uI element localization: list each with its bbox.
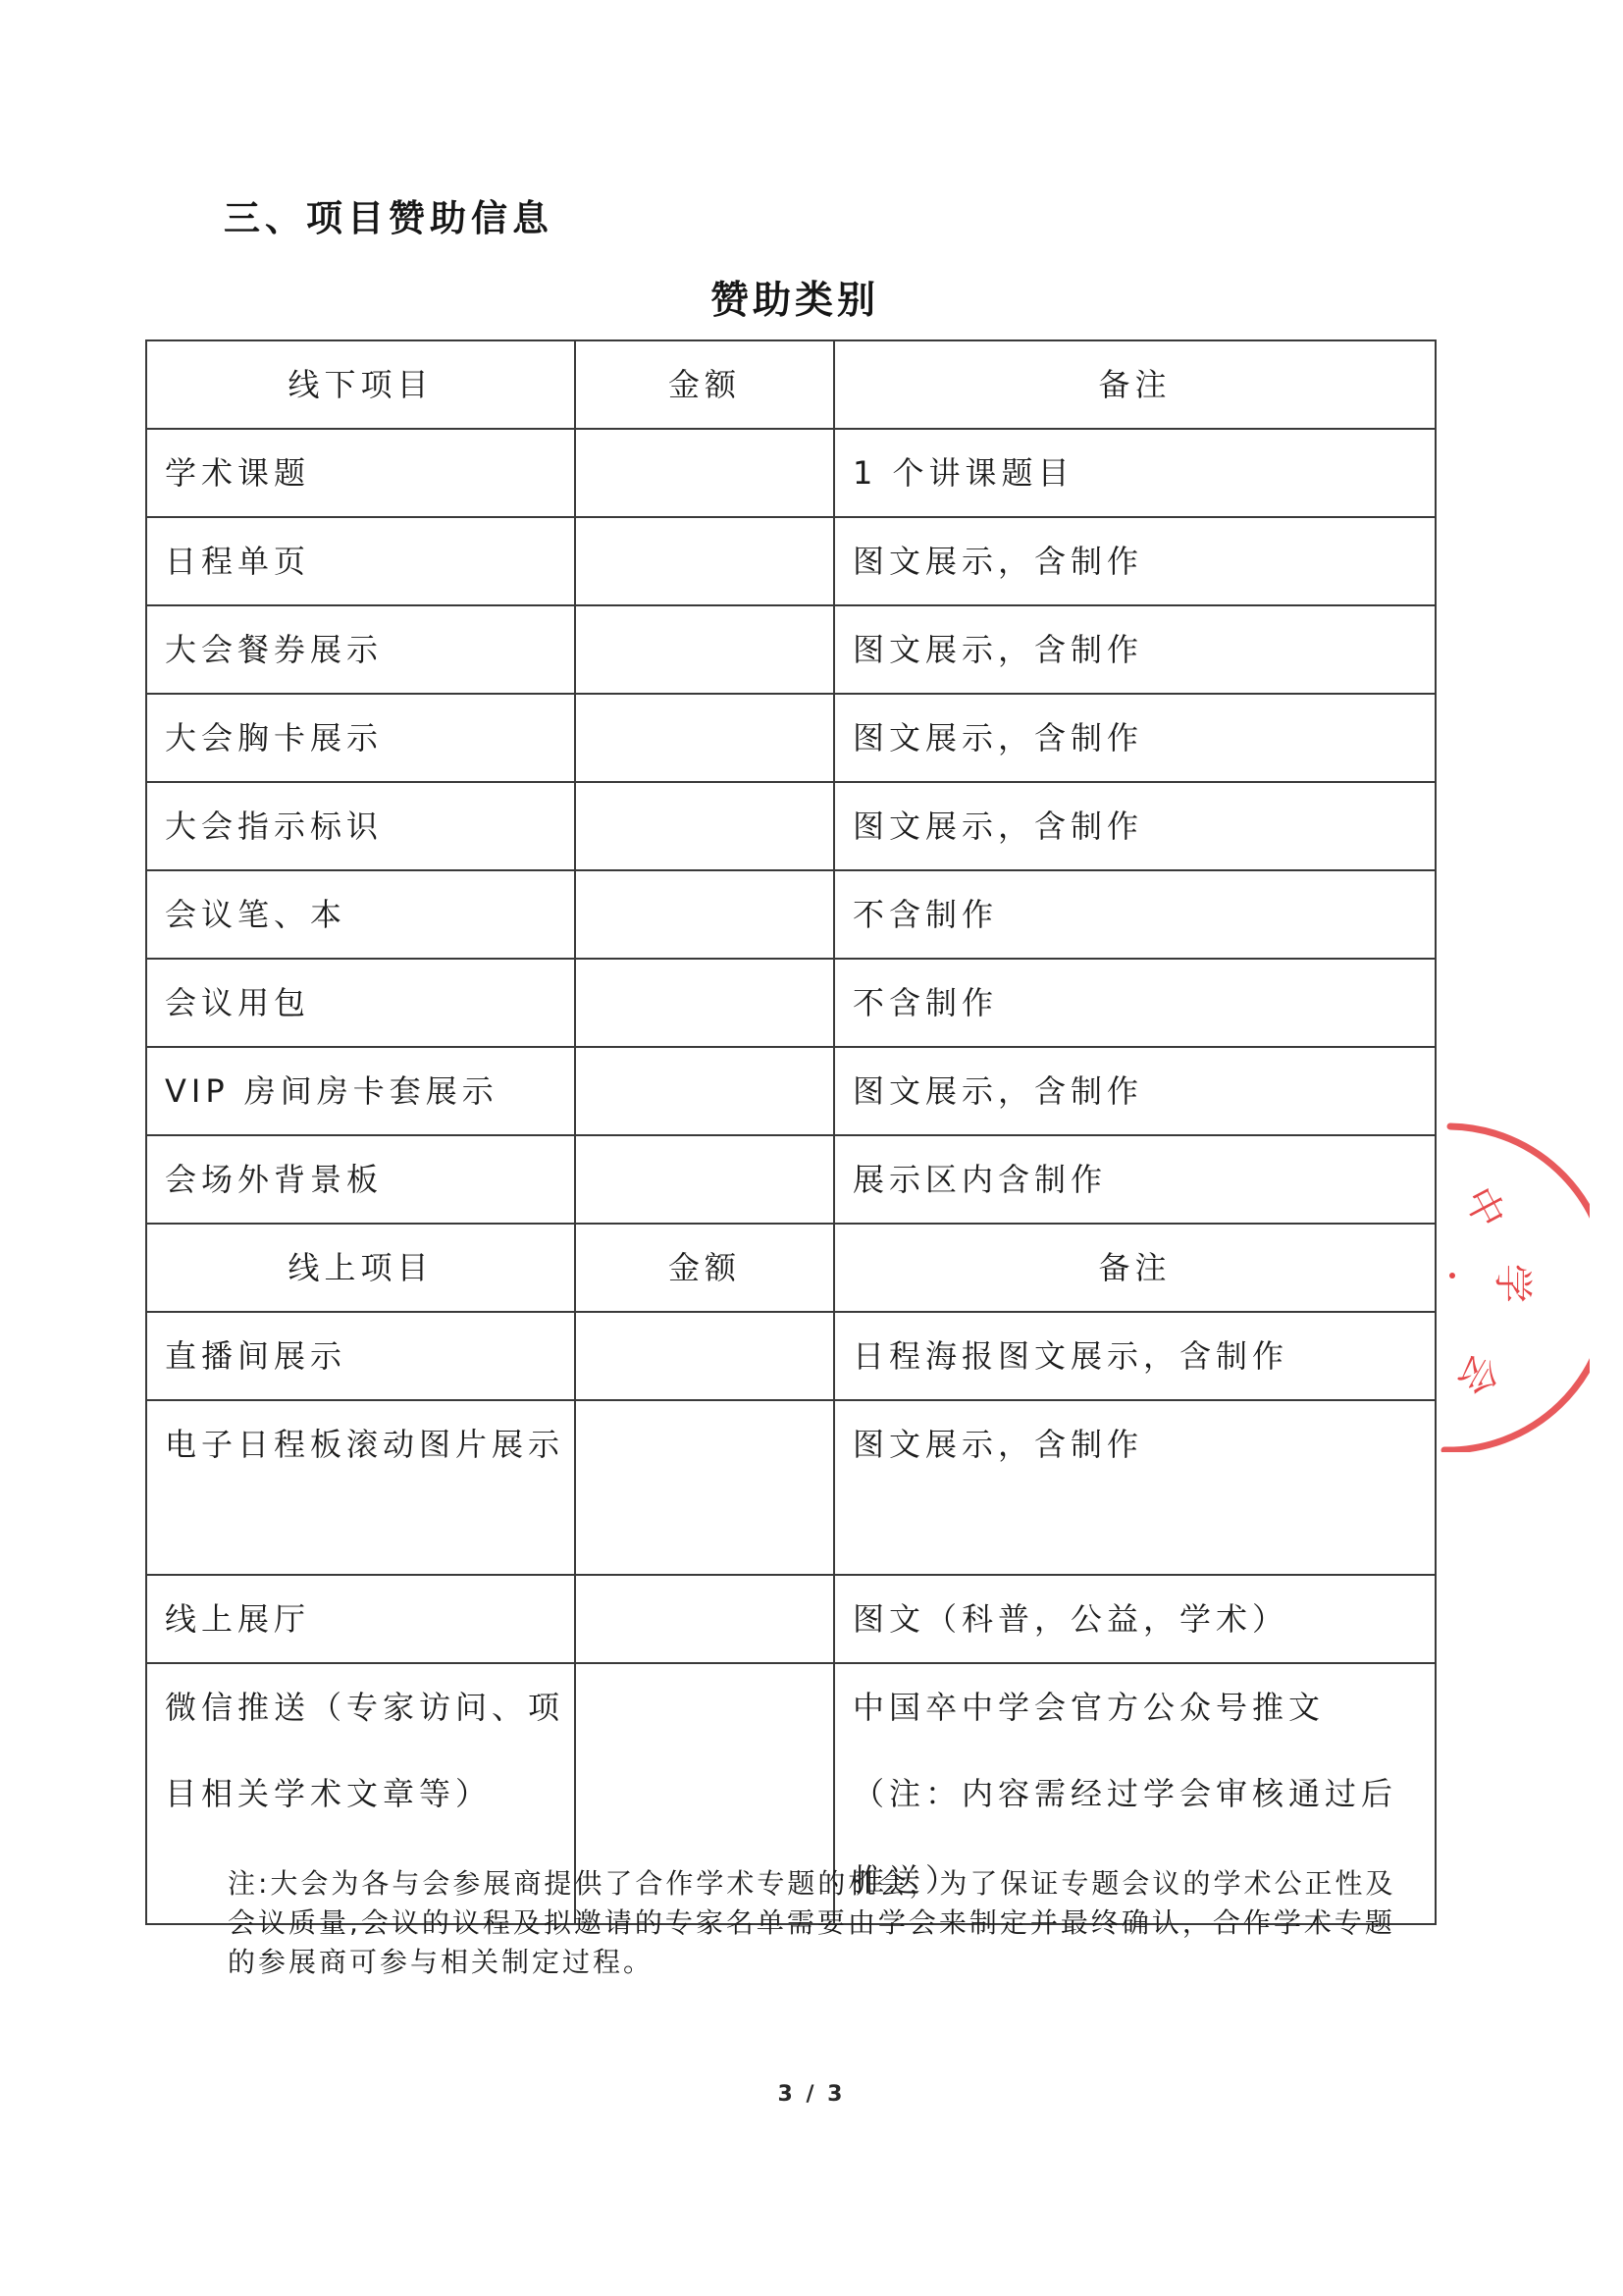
amount-cell xyxy=(575,605,834,694)
amount-cell xyxy=(575,694,834,782)
table-row: 学术课题 1 个讲课题目 xyxy=(146,429,1436,517)
item-cell: 线上展厅 xyxy=(146,1575,575,1663)
amount-cell xyxy=(575,959,834,1047)
item-cell: 会场外背景板 xyxy=(146,1135,575,1224)
remark-cell: 图文（科普，公益，学术） xyxy=(834,1575,1436,1663)
item-cell: VIP 房间房卡套展示 xyxy=(146,1047,575,1135)
online-item-header: 线上项目 xyxy=(146,1224,575,1312)
table-row: 大会指示标识 图文展示，含制作 xyxy=(146,782,1436,870)
item-cell: 会议用包 xyxy=(146,959,575,1047)
table-row: 线上展厅 图文（科普，公益，学术） xyxy=(146,1575,1436,1663)
remark-cell: 不含制作 xyxy=(834,870,1436,959)
item-cell: 大会胸卡展示 xyxy=(146,694,575,782)
page-number: 3 / 3 xyxy=(0,2082,1623,2107)
offline-header-row: 线下项目 金额 备注 xyxy=(146,340,1436,429)
offline-amount-header: 金额 xyxy=(575,340,834,429)
item-cell: 电子日程板滚动图片展示 xyxy=(146,1400,575,1575)
amount-cell xyxy=(575,1400,834,1575)
table-row: 会议用包 不含制作 xyxy=(146,959,1436,1047)
table-row: 大会胸卡展示 图文展示，含制作 xyxy=(146,694,1436,782)
item-cell: 会议笔、本 xyxy=(146,870,575,959)
amount-cell xyxy=(575,1575,834,1663)
amount-cell xyxy=(575,1047,834,1135)
online-remark-header: 备注 xyxy=(834,1224,1436,1312)
table-row: 会场外背景板 展示区内含制作 xyxy=(146,1135,1436,1224)
remark-cell: 图文展示，含制作 xyxy=(834,694,1436,782)
table-row: 会议笔、本 不含制作 xyxy=(146,870,1436,959)
amount-cell xyxy=(575,429,834,517)
remark-cell: 图文展示，含制作 xyxy=(834,517,1436,605)
amount-cell xyxy=(575,870,834,959)
online-header-row: 线上项目 金额 备注 xyxy=(146,1224,1436,1312)
remark-cell: 图文展示，含制作 xyxy=(834,605,1436,694)
amount-cell xyxy=(575,1135,834,1224)
remark-cell: 不含制作 xyxy=(834,959,1436,1047)
amount-cell xyxy=(575,782,834,870)
table-row: 日程单页 图文展示，含制作 xyxy=(146,517,1436,605)
stamp-char-zhong: 中 xyxy=(1455,1180,1513,1236)
remark-cell: 图文展示，含制作 xyxy=(834,1400,1436,1575)
table-title: 赞助类别 xyxy=(0,278,1590,325)
remark-cell: 1 个讲课题目 xyxy=(834,429,1436,517)
footnote: 注:大会为各与会参展商提供了合作学术专题的机会，为了保证专题会议的学术公正性及会… xyxy=(228,1864,1405,1982)
section-heading: 三、项目赞助信息 xyxy=(224,196,553,241)
sponsorship-table: 线下项目 金额 备注 学术课题 1 个讲课题目 日程单页 图文展示，含制作 大会… xyxy=(145,339,1437,1925)
table-row: 大会餐券展示 图文展示，含制作 xyxy=(146,605,1436,694)
offline-remark-header: 备注 xyxy=(834,340,1436,429)
remark-cell: 展示区内含制作 xyxy=(834,1135,1436,1224)
offline-item-header: 线下项目 xyxy=(146,340,575,429)
online-amount-header: 金额 xyxy=(575,1224,834,1312)
remark-cell: 图文展示，含制作 xyxy=(834,1047,1436,1135)
item-cell: 日程单页 xyxy=(146,517,575,605)
stamp-char-xue: 学 xyxy=(1490,1264,1535,1303)
table-row: 直播间展示 日程海报图文展示，含制作 xyxy=(146,1312,1436,1400)
table-row: VIP 房间房卡套展示 图文展示，含制作 xyxy=(146,1047,1436,1135)
item-cell: 学术课题 xyxy=(146,429,575,517)
remark-cell: 图文展示，含制作 xyxy=(834,782,1436,870)
amount-cell xyxy=(575,1312,834,1400)
remark-cell: 日程海报图文展示，含制作 xyxy=(834,1312,1436,1400)
table-row: 电子日程板滚动图片展示 图文展示，含制作 xyxy=(146,1400,1436,1575)
item-cell: 大会餐券展示 xyxy=(146,605,575,694)
item-cell: 直播间展示 xyxy=(146,1312,575,1400)
amount-cell xyxy=(575,517,834,605)
item-cell: 大会指示标识 xyxy=(146,782,575,870)
stamp-char-hui: 会 xyxy=(1448,1346,1507,1403)
